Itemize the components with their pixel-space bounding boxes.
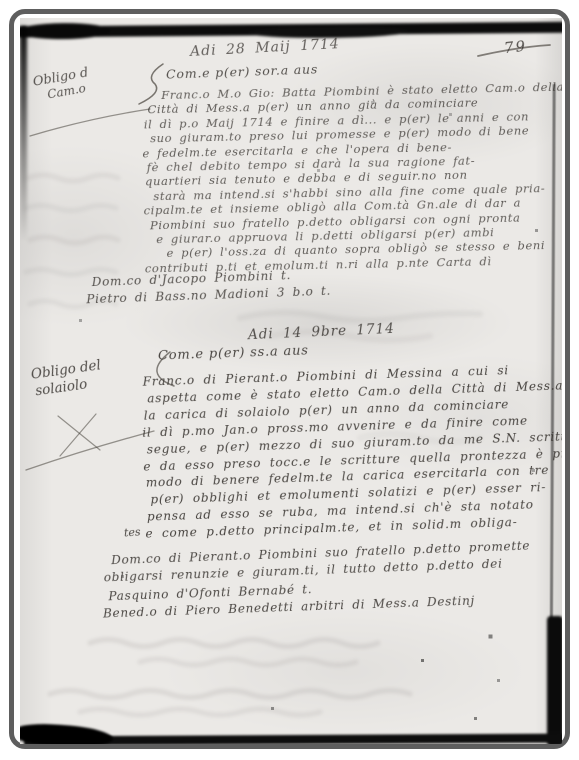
entry2-margin-note: Obligo del solaiolo: [30, 357, 104, 400]
entry1-date: Adi 28 Maij 1714: [190, 36, 340, 60]
folio-number: 79: [503, 37, 528, 57]
manuscript-scan: Adi 28 Maij 1714 79 Obligo d Cam.o Com.e…: [20, 18, 562, 744]
scan-right-edge: [547, 616, 562, 744]
entry1-witness-lines: Dom.co d'Jacopo Piombini t. Pietro di Ba…: [85, 266, 331, 309]
paper-specks: [20, 18, 21, 19]
scanned-manuscript-page: Adi 28 Maij 1714 79 Obligo d Cam.o Com.e…: [0, 0, 579, 760]
scan-corner-shadow: [20, 722, 113, 744]
entry2-opening-line: Com.e p(er) ss.a aus: [158, 343, 309, 363]
entry2-body-fragment: tes: [124, 525, 141, 539]
entry1-body: Franc.o M.o Gio: Batta Piombini è stato …: [141, 80, 562, 276]
entry1-margin-note: Obligo d Cam.o: [32, 65, 92, 104]
scan-left-edge: [20, 26, 27, 241]
entry2-body: Franc.o di Pierant.o Piombini di Messina…: [140, 360, 562, 542]
entry2-date: Adi 14 9bre 1714: [248, 321, 395, 343]
entry2-signature-lines: Dom.co di Pierant.o Piombini suo fratell…: [101, 538, 532, 622]
scan-top-edge: [20, 21, 562, 37]
entry1-opening-line: Com.e p(er) sor.a aus: [166, 61, 318, 81]
